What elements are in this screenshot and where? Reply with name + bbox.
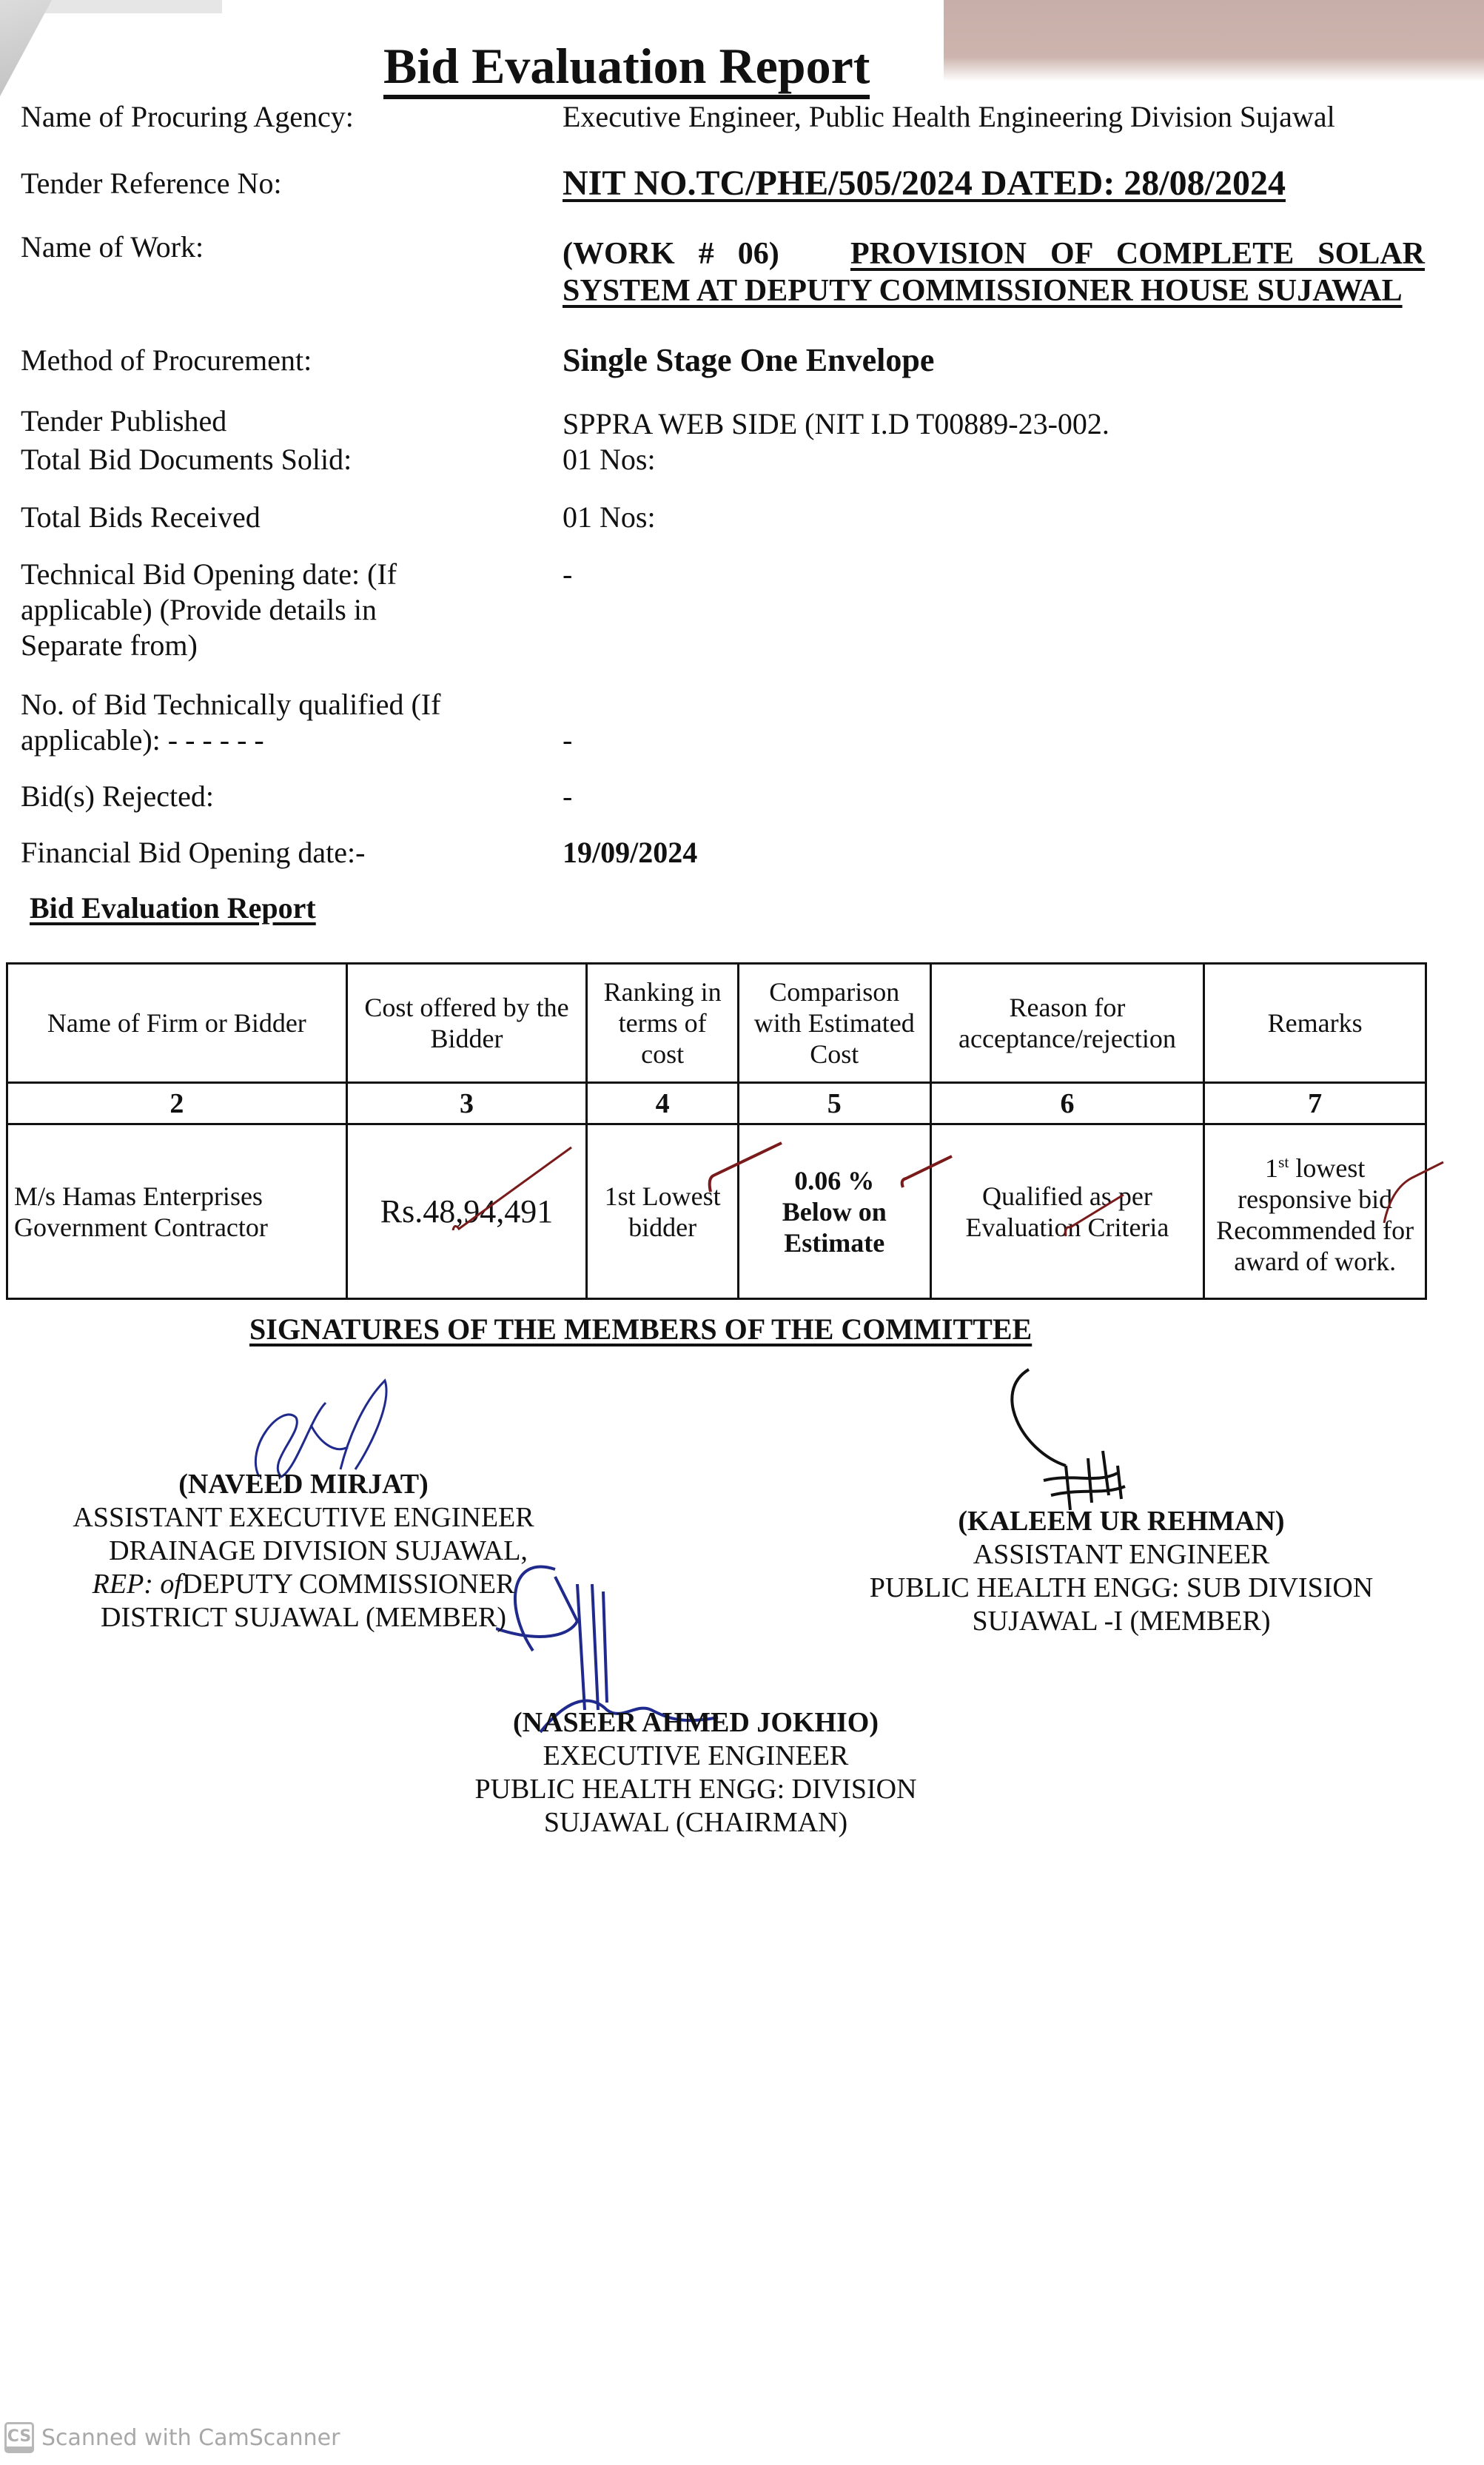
section-title: Bid Evaluation Report — [30, 891, 316, 925]
field-label: Name of Procuring Agency: — [21, 99, 539, 135]
table-column-number-row: 2 3 4 5 6 7 — [7, 1083, 1426, 1124]
column-number: 4 — [587, 1083, 739, 1124]
camscanner-watermark: CS Scanned with CamScanner — [4, 2422, 340, 2453]
column-number: 2 — [7, 1083, 347, 1124]
field-value: - — [563, 779, 1425, 814]
column-number: 7 — [1204, 1083, 1426, 1124]
field-value: - — [563, 557, 1425, 592]
field-value: 01 Nos: — [563, 442, 1425, 477]
member-role: SUJAWAL -I (MEMBER) — [844, 1605, 1399, 1638]
rep-office: DEPUTY COMMISSIONER — [182, 1569, 514, 1600]
field-label: Tender Reference No: — [21, 166, 539, 201]
header-cost: Cost offered by the Bidder — [346, 964, 587, 1083]
field-label: Name of Work: — [21, 229, 539, 265]
field-label: No. of Bid Technically qualified (If app… — [21, 687, 494, 758]
member-name: (NAVEED MIRJAT) — [67, 1468, 540, 1501]
field-value: - — [563, 722, 1425, 758]
header-remarks: Remarks — [1204, 964, 1426, 1083]
field-value: 01 Nos: — [563, 500, 1425, 535]
header-bidder: Name of Firm or Bidder — [7, 964, 347, 1083]
column-number: 6 — [930, 1083, 1204, 1124]
field-label: Total Bids Received — [21, 500, 539, 535]
signatures-heading: SIGNATURES OF THE MEMBERS OF THE COMMITT… — [249, 1312, 1032, 1346]
member-name: (NASEER AHMED JOKHIO) — [444, 1706, 947, 1740]
watermark-text: Scanned with CamScanner — [41, 2425, 340, 2451]
signature-block-member-1: (NAVEED MIRJAT) ASSISTANT EXECUTIVE ENGI… — [67, 1468, 540, 1634]
field-value: (WORK # 06) PROVISION OF COMPLETE SOLAR … — [563, 235, 1425, 309]
field-label: Total Bid Documents Solid: — [21, 442, 539, 477]
field-value: NIT NO.TC/PHE/505/2024 DATED: 28/08/2024 — [563, 166, 1425, 201]
member-role: SUJAWAL (CHAIRMAN) — [444, 1806, 947, 1839]
cell-bidder: M/s Hamas Enterprises Government Contrac… — [7, 1124, 347, 1299]
field-label: Method of Procurement: — [21, 343, 539, 378]
field-value: SPPRA WEB SIDE (NIT I.D T00889-23-002. — [563, 406, 1425, 442]
field-label: Technical Bid Opening date: (If applicab… — [21, 557, 480, 663]
member-designation: EXECUTIVE ENGINEER — [444, 1740, 947, 1773]
review-tick-marks — [444, 1140, 1451, 1258]
table-header-row: Name of Firm or Bidder Cost offered by t… — [7, 964, 1426, 1083]
member-office: PUBLIC HEALTH ENGG: DIVISION — [444, 1773, 947, 1806]
member-designation: ASSISTANT ENGINEER — [844, 1538, 1399, 1572]
member-office: DRAINAGE DIVISION SUJAWAL, — [67, 1535, 540, 1568]
signature-block-chairman: (NASEER AHMED JOKHIO) EXECUTIVE ENGINEER… — [444, 1706, 947, 1839]
column-number: 3 — [346, 1083, 587, 1124]
scan-corner-fold — [0, 0, 222, 111]
member-name: (KALEEM UR REHMAN) — [844, 1505, 1399, 1538]
header-comparison: Comparison with Estimated Cost — [738, 964, 930, 1083]
column-number: 5 — [738, 1083, 930, 1124]
signature-kaleem-ur-rehman — [999, 1362, 1192, 1510]
header-reason: Reason for acceptance/rejection — [930, 964, 1204, 1083]
member-role: DISTRICT SUJAWAL (MEMBER) — [67, 1601, 540, 1634]
document-title: Bid Evaluation Report — [383, 37, 870, 99]
work-number: (WORK # 06) — [563, 237, 779, 271]
scan-background-shadow — [944, 0, 1484, 81]
signature-block-member-2: (KALEEM UR REHMAN) ASSISTANT ENGINEER PU… — [844, 1505, 1399, 1638]
member-designation: ASSISTANT EXECUTIVE ENGINEER — [67, 1501, 540, 1535]
header-ranking: Ranking in terms of cost — [587, 964, 739, 1083]
rep-prefix: REP: of — [93, 1569, 182, 1600]
field-value: Single Stage One Envelope — [563, 343, 1425, 378]
field-value: Executive Engineer, Public Health Engine… — [563, 99, 1425, 135]
field-value: 19/09/2024 — [563, 835, 1425, 871]
member-rep-line: REP: ofDEPUTY COMMISSIONER — [67, 1568, 540, 1601]
camscanner-logo-icon: CS — [4, 2422, 34, 2453]
field-label: Tender Published — [21, 403, 539, 439]
member-office: PUBLIC HEALTH ENGG: SUB DIVISION — [844, 1572, 1399, 1605]
field-label: Bid(s) Rejected: — [21, 779, 539, 814]
field-label: Financial Bid Opening date:- — [21, 835, 539, 871]
